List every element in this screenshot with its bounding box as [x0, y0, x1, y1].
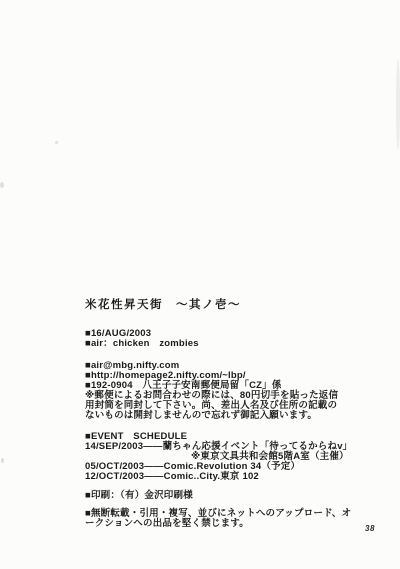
scan-edge-shadow	[396, 60, 400, 150]
mail-note-line: ないものは開封しませんので忘れず御記入願います。	[85, 411, 393, 421]
scan-speck	[55, 141, 58, 144]
event-schedule: ■EVENT SCHEDULE 14/SEP/2003――蘭ちゃん応援イベント「…	[85, 432, 393, 482]
scan-speck	[1, 458, 4, 463]
scanned-page: 米花性昇天街 ～其ノ壱～ ■16/AUG/2003 ■air：chicken z…	[0, 0, 400, 569]
printer-credit: ■印刷：（有）金沢印刷様	[85, 491, 393, 501]
copyright-notice: ■無断転載・引用・複写、並びにネットへのアップロード、オ ークションへの出品を堅…	[85, 509, 393, 529]
contact-info: ■air@mbg.nifty.com ■http://homepage2.nif…	[85, 361, 393, 421]
printer-line: ■印刷：（有）金沢印刷様	[85, 491, 393, 501]
doujin-title: 米花性昇天街 ～其ノ壱～	[85, 296, 393, 312]
scan-speck	[0, 182, 4, 188]
colophon-block: 米花性昇天街 ～其ノ壱～ ■16/AUG/2003 ■air：chicken z…	[85, 296, 393, 529]
notice-line: ークションへの出品を堅く禁じます。	[85, 519, 393, 529]
event-line: 12/OCT/2003――Comic..City.東京 102	[85, 472, 393, 482]
page-number: 38	[365, 524, 375, 533]
issue-info: ■16/AUG/2003 ■air：chicken zombies	[85, 329, 393, 349]
circle-name-line: ■air：chicken zombies	[85, 339, 393, 349]
